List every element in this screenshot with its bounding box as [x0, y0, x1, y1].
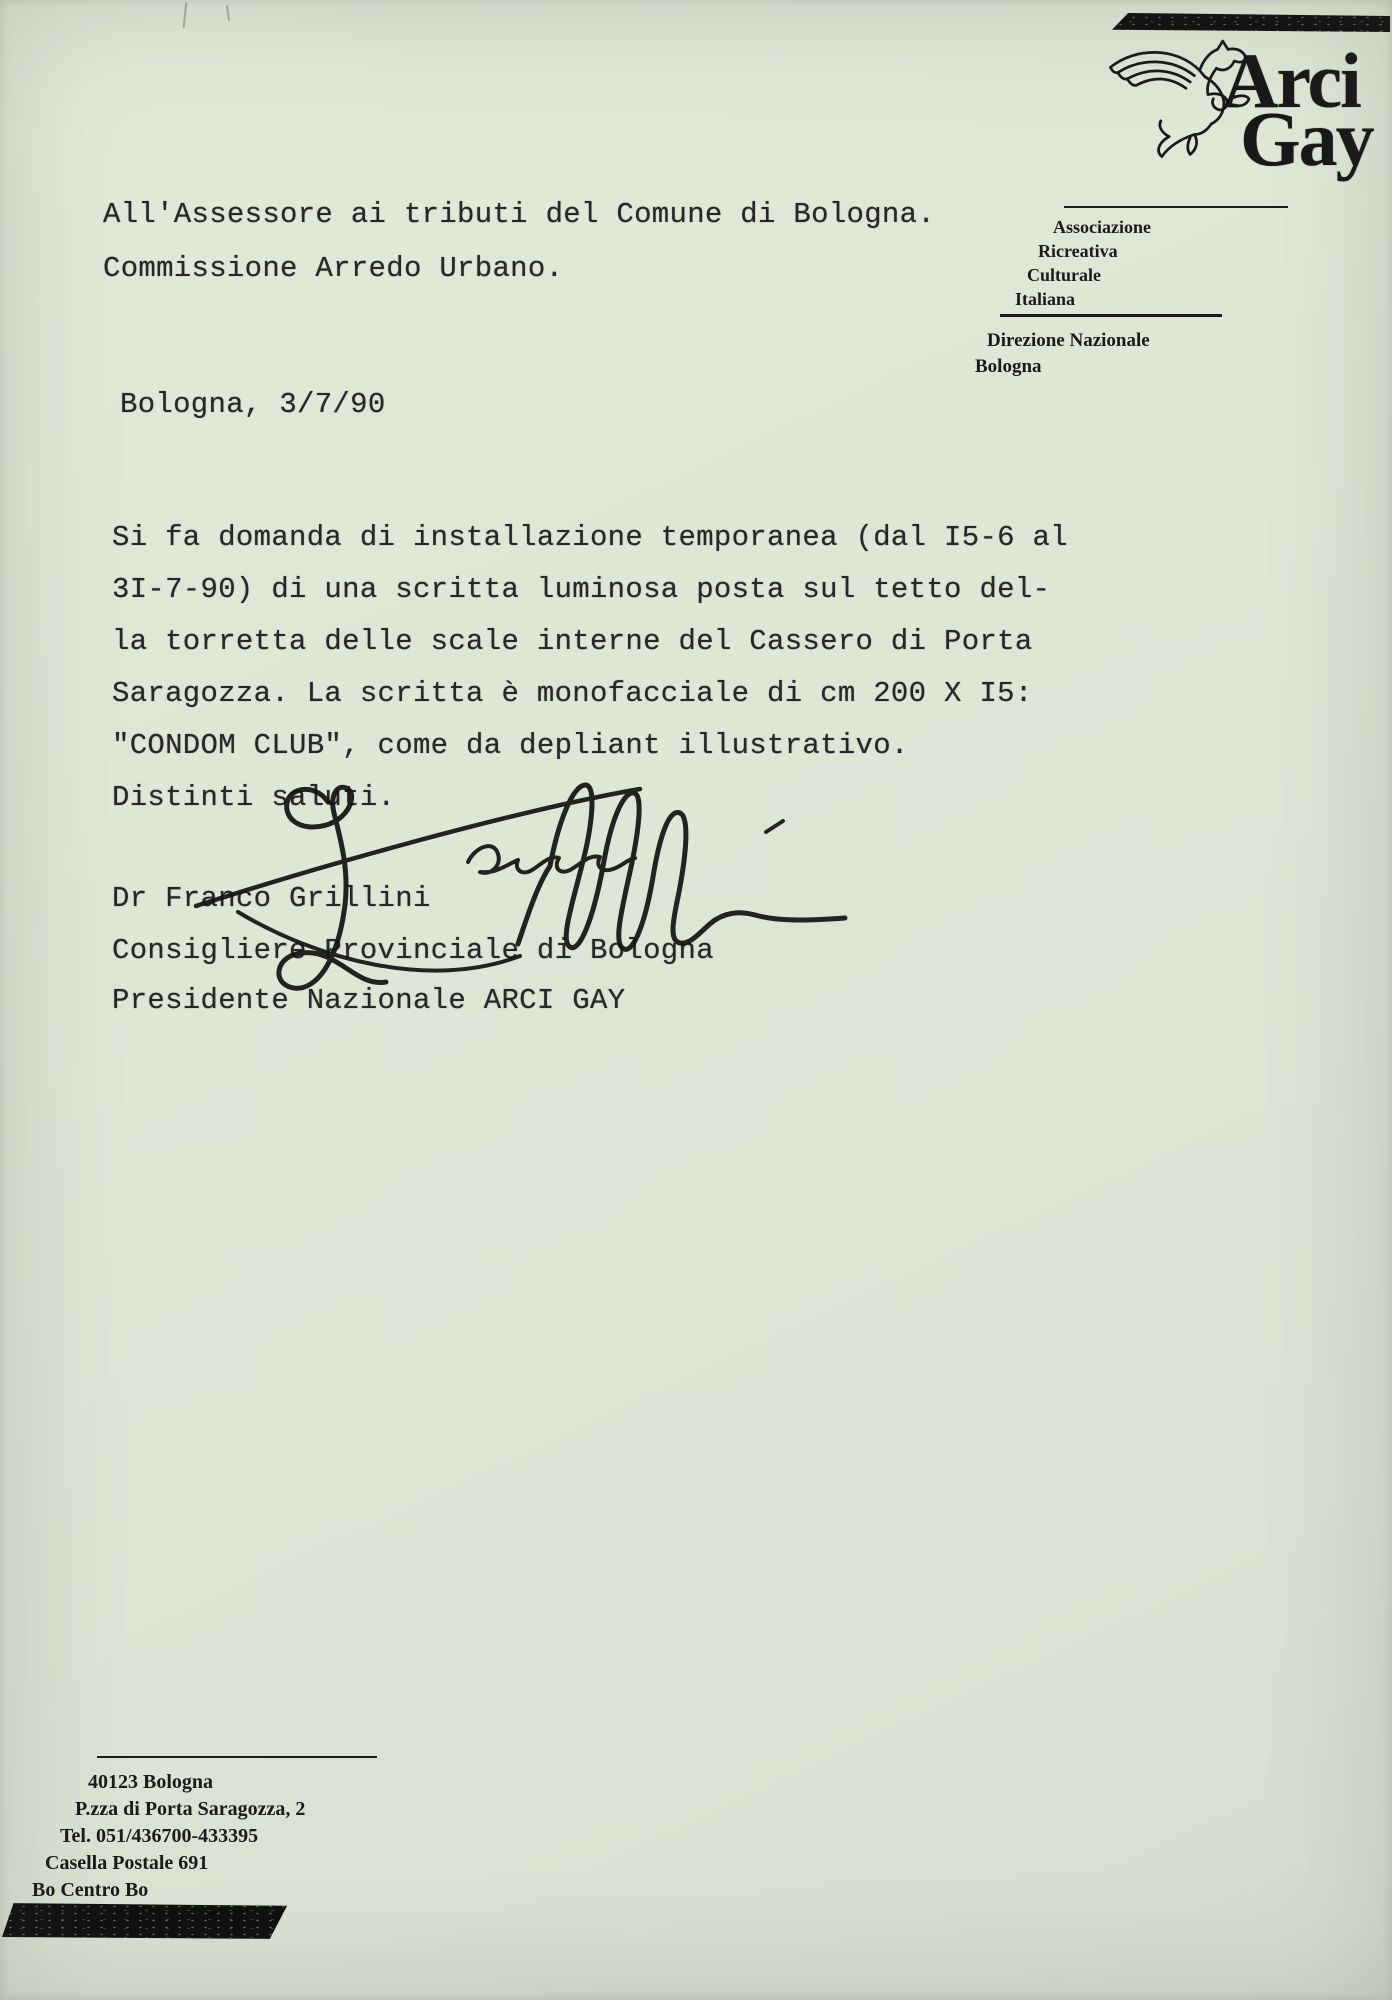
footer-address-line: P.zza di Porta Saragozza, 2 [75, 1799, 305, 1819]
division-line: Bologna [975, 357, 1042, 376]
division-line: Direzione Nazionale [987, 331, 1150, 350]
signature-scribble [168, 762, 893, 1007]
body-line: "CONDOM CLUB", come da depliant illustra… [112, 729, 909, 762]
footer-address-line: 40123 Bologna [88, 1772, 213, 1792]
pen-mark [183, 2, 188, 28]
footer-address-line: Bo Centro Bo [32, 1880, 148, 1900]
pen-mark [226, 5, 230, 21]
body-line: Si fa domanda di installazione temporane… [112, 521, 1068, 554]
body-line: 3I-7-90) di una scritta luminosa posta s… [112, 573, 1050, 606]
black-bar-bottom [2, 1902, 290, 1940]
divider-rule [1000, 314, 1222, 317]
footer-address-line: Casella Postale 691 [45, 1853, 208, 1873]
association-line: Culturale [1027, 266, 1101, 284]
scanned-letter-page: Arci Gay Associazione Ricreativa Cultura… [0, 0, 1392, 2000]
association-line: Associazione [1053, 218, 1151, 236]
divider-rule [1064, 206, 1288, 208]
brand-word-gay: Gay [1240, 100, 1373, 178]
black-bar-top [1112, 13, 1390, 32]
recipient-line: Commissione Arredo Urbano. [103, 252, 563, 285]
footer-address-line: Tel. 051/436700-433395 [60, 1826, 258, 1846]
association-line: Ricreativa [1038, 242, 1118, 260]
association-line: Italiana [1015, 290, 1075, 308]
dateline: Bologna, 3/7/90 [120, 388, 386, 421]
body-line: la torretta delle scale interne del Cass… [112, 625, 1033, 658]
body-line: Saragozza. La scritta è monofacciale di … [112, 677, 1033, 710]
recipient-line: All'Assessore ai tributi del Comune di B… [103, 198, 935, 231]
divider-rule [97, 1756, 377, 1758]
